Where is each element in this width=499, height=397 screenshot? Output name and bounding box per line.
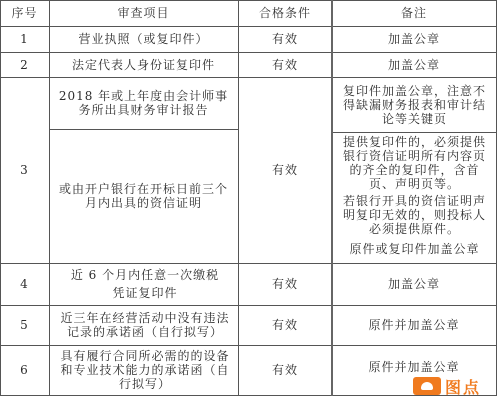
row-1-item: 营业执照（或复印件）	[49, 26, 238, 52]
row-4-condition: 有效	[238, 263, 332, 305]
header-no: 序号	[0, 0, 49, 26]
row-3-remark-copy: 提供复印件的，必须提供银行资信证明所有内容页的齐全的复印件，含首页、声明页等。	[333, 134, 496, 191]
row-1-no: 1	[0, 26, 49, 52]
row-5-no: 5	[0, 305, 49, 345]
watermark-text: 图点	[445, 375, 481, 397]
row-5-item: 近三年在经营活动中没有违法记录的承诺函（自行拟写）	[55, 305, 235, 345]
row-4-item: 近 6 个月内任意一次缴税凭证复印件	[70, 263, 220, 305]
subrow-divider-remark	[332, 132, 497, 133]
row-3-no: 3	[0, 77, 49, 263]
row-6-condition: 有效	[238, 345, 332, 395]
watermark-logo-icon	[413, 377, 441, 395]
row-5-condition: 有效	[238, 305, 332, 345]
row-3-item-bank-credit: 或由开户银行在开标日前三个月内出具的资信证明	[55, 129, 232, 263]
table-border-right	[496, 0, 497, 396]
row-2-remark: 加盖公章	[332, 52, 496, 77]
row-3-item-audit-report: 2018 年或上年度由会计师事务所出具财务审计报告	[55, 77, 232, 129]
watermark: 图点	[413, 375, 499, 397]
row-1-condition: 有效	[238, 26, 332, 52]
row-2-condition: 有效	[238, 52, 332, 77]
row-3-condition: 有效	[238, 77, 332, 263]
row-4-remark: 加盖公章	[332, 263, 496, 305]
header-remark: 备注	[332, 0, 496, 26]
review-table: 序号 审查项目 合格条件 备注 1 营业执照（或复印件） 有效 加盖公章 2 法…	[0, 0, 497, 396]
header-item: 审查项目	[49, 0, 238, 26]
row-3-remark-original: 若银行开具的资信证明声明复印无效的，则投标人必须提供原件。	[333, 192, 496, 238]
header-condition: 合格条件	[238, 0, 332, 26]
row-1-remark: 加盖公章	[332, 26, 496, 52]
row-3-remark-seal: 原件或复印件加盖公章	[333, 238, 496, 260]
row-6-item: 具有履行合同所必需的的设备和专业技术能力的承诺函（自行拟写）	[55, 345, 235, 395]
row-2-no: 2	[0, 52, 49, 77]
row-6-no: 6	[0, 345, 49, 395]
row-2-item: 法定代表人身份证复印件	[49, 52, 238, 77]
row-5-remark: 原件并加盖公章	[332, 305, 496, 345]
row-4-no: 4	[0, 263, 49, 305]
row-3-remark-audit: 复印件加盖公章，注意不得缺漏财务报表和审计结论等关键页	[333, 77, 496, 132]
